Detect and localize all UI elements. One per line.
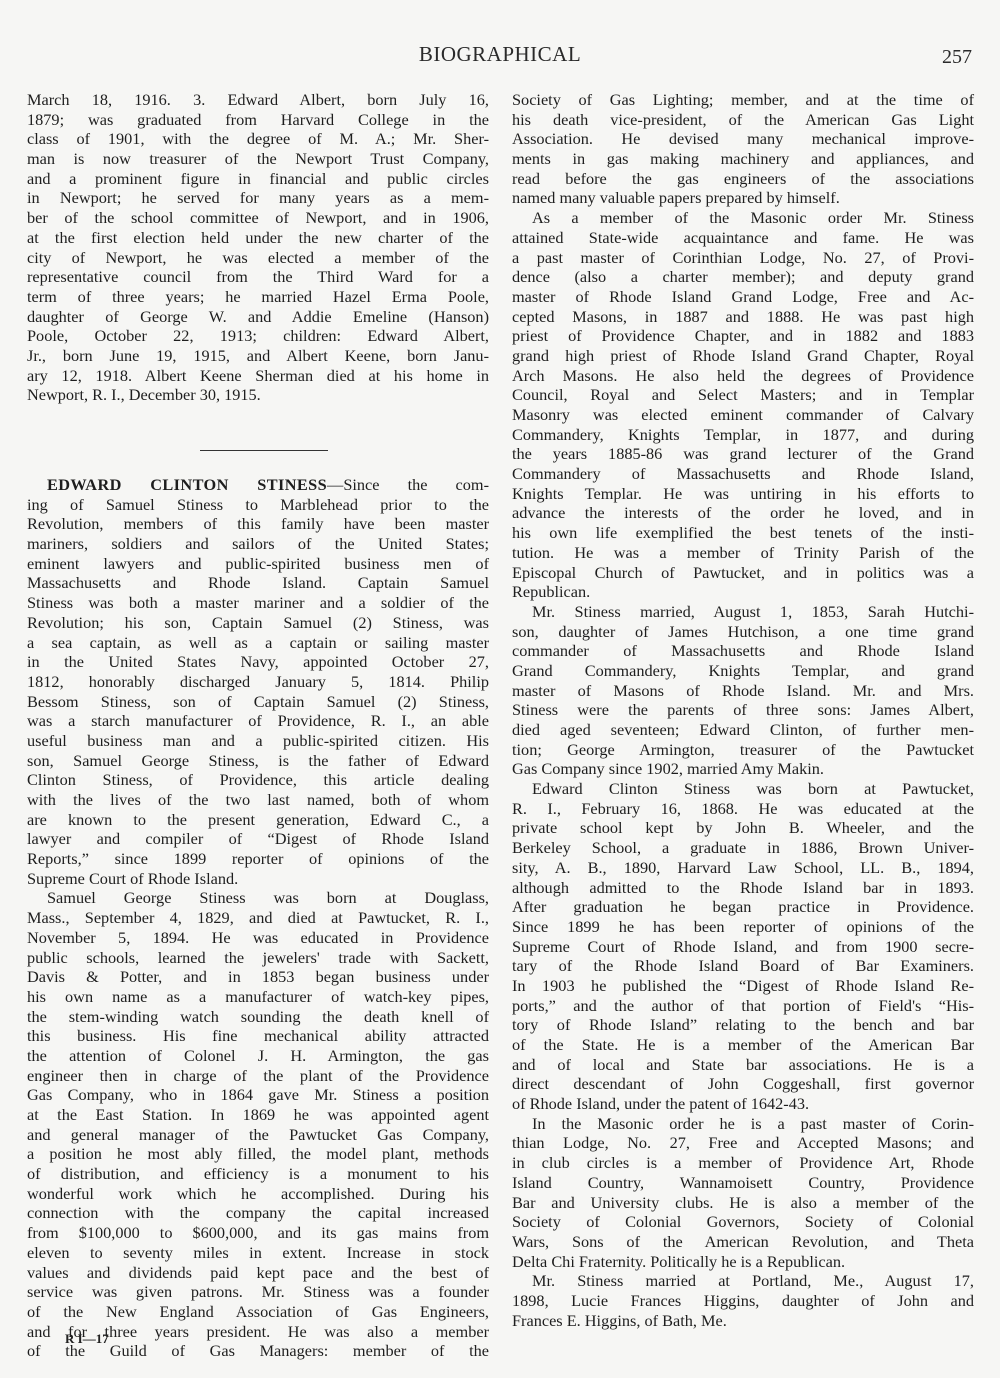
text-line: with the lives of the two last named, bo… (27, 790, 489, 810)
page-header: BIOGRAPHICAL 257 (0, 40, 1000, 70)
text-line: Since 1899 he has been reporter of opini… (512, 917, 974, 937)
text-line: Newport, R. I., December 30, 1915. (27, 385, 489, 405)
left-column: March 18, 1916. 3. Edward Albert, born J… (27, 90, 489, 1361)
text-line: from $100,000 to $600,000, and its gas m… (27, 1223, 489, 1243)
text-line: Poole, October 22, 1913; children: Edwar… (27, 326, 489, 346)
section-divider (200, 450, 328, 451)
text-line: son, daughter of James Hutchison, a one … (512, 622, 974, 642)
text-line: After graduation he began practice in Pr… (512, 897, 974, 917)
text-line: 1812, honorably discharged January 5, 18… (27, 672, 489, 692)
text-line: Bessom Stiness, son of Captain Samuel (2… (27, 692, 489, 712)
text-line: lawyer and compiler of “Digest of Rhode … (27, 829, 489, 849)
text-line: died aged seventeen; Edward Clinton, of … (512, 720, 974, 740)
text-line: representative council from the Third Wa… (27, 267, 489, 287)
text-line: master of Masons of Rhode Island. Mr. an… (512, 681, 974, 701)
text-line: of the State. He is a member of the Amer… (512, 1035, 974, 1055)
text-line: the stem-winding watch sounding the deat… (27, 1007, 489, 1027)
text-line: Revolution, members of this family have … (27, 514, 489, 534)
text-line: private school kept by John B. Wheeler, … (512, 818, 974, 838)
text-line: read before the gas engineers of the ass… (512, 169, 974, 189)
text-line: Gas Company since 1902, married Amy Maki… (512, 759, 974, 779)
text-line: grand high priest of Rhode Island Grand … (512, 346, 974, 366)
text-line: Republican. (512, 582, 974, 602)
text-line: service was given patrons. Mr. Stiness w… (27, 1282, 489, 1302)
text-line: Mr. Stiness married, August 1, 1853, Sar… (512, 602, 974, 622)
text-line: Delta Chi Fraternity. Politically he is … (512, 1252, 974, 1272)
text-line: attained State-wide acquaintance and fam… (512, 228, 974, 248)
text-line: Supreme Court of Rhode Island, and from … (512, 937, 974, 957)
text-line: son, Samuel George Stiness, is the fathe… (27, 751, 489, 771)
text-line: Samuel George Stiness was born at Dougla… (27, 888, 489, 908)
text-line: master of Rhode Island Grand Lodge, Free… (512, 287, 974, 307)
text-line: R. I., February 16, 1868. He was educate… (512, 799, 974, 819)
text-line: Revolution; his son, Captain Samuel (2) … (27, 613, 489, 633)
text-line: his own name as a manufacturer of watch-… (27, 987, 489, 1007)
paragraph-gas-societies: Society of Gas Lighting; member, and at … (512, 90, 974, 208)
text-line: engineer then in charge of the plant of … (27, 1066, 489, 1086)
text-line: commander of Massachusetts and Rhode Isl… (512, 641, 974, 661)
text-line: at the East Station. In 1869 he was appo… (27, 1105, 489, 1125)
text-line: Jr., born June 19, 1915, and Albert Keen… (27, 346, 489, 366)
text-line: Stiness was both a master mariner and a … (27, 593, 489, 613)
text-line: in the United States Navy, appointed Oct… (27, 652, 489, 672)
text-line: Berkeley School, a graduate in 1886, Bro… (512, 838, 974, 858)
text-line: priest of Providence Chapter, and in 188… (512, 326, 974, 346)
running-head: BIOGRAPHICAL (0, 42, 1000, 67)
text-line: ing of Samuel Stiness to Marblehead prio… (27, 495, 489, 515)
text-line: March 18, 1916. 3. Edward Albert, born J… (27, 90, 489, 110)
text-line: Gas Company, who in 1864 gave Mr. Stines… (27, 1085, 489, 1105)
paragraph-father-marriage: Mr. Stiness married, August 1, 1853, Sar… (512, 602, 974, 779)
text-line: and of local and State bar associations.… (512, 1055, 974, 1075)
text-line: although admitted to the Rhode Island ba… (512, 878, 974, 898)
text-line: tution. He was a member of Trinity Paris… (512, 543, 974, 563)
text-line: a sea captain, as well as a captain or s… (27, 633, 489, 653)
text-line: direct descendant of John Coggeshall, fi… (512, 1074, 974, 1094)
signature-mark: R I—17 (65, 1331, 109, 1347)
article-heading: EDWARD CLINTON STINESS (47, 475, 327, 494)
text-line: term of three years; he married Hazel Er… (27, 287, 489, 307)
paragraph-sherman-continuation: March 18, 1916. 3. Edward Albert, born J… (27, 90, 489, 405)
text-line: Arch Masons. He also held the degrees of… (512, 366, 974, 386)
text-line: sity, A. B., 1890, Harvard Law School, L… (512, 858, 974, 878)
page-number: 257 (942, 46, 972, 69)
text-line: Masonry was elected eminent commander of… (512, 405, 974, 425)
text-line: tion; George Armington, treasurer of the… (512, 740, 974, 760)
text-line: Frances E. Higgins, of Bath, Me. (512, 1311, 974, 1331)
text-line: Stiness were the parents of three sons: … (512, 700, 974, 720)
text-line: 1898, Lucie Frances Higgins, daughter of… (512, 1291, 974, 1311)
paragraph-edward-education: Edward Clinton Stiness was born at Pawtu… (512, 779, 974, 1114)
text-line: Episcopal Church of Pawtucket, and in po… (512, 563, 974, 583)
text-line: his own life exemplified the best tenets… (512, 523, 974, 543)
text-line: useful business man and a public-spirite… (27, 731, 489, 751)
text-line: and general manager of the Pawtucket Gas… (27, 1125, 489, 1145)
text-line: was a starch manufacturer of Providence,… (27, 711, 489, 731)
text-line: Council, Royal and Select Masters; and i… (512, 385, 974, 405)
paragraph-edward-marriage: Mr. Stiness married at Portland, Me., Au… (512, 1271, 974, 1330)
text-line: named many valuable papers prepared by h… (512, 188, 974, 208)
article-heading-line: EDWARD CLINTON STINESS—Since the com- (27, 475, 489, 495)
text-line: ber of the school committee of Newport, … (27, 208, 489, 228)
paragraph-masonic-father: As a member of the Masonic order Mr. Sti… (512, 208, 974, 602)
text-line: As a member of the Masonic order Mr. Sti… (512, 208, 974, 228)
text-line: In 1903 he published the “Digest of Rhod… (512, 976, 974, 996)
text-line: Clinton Stiness, of Providence, this art… (27, 770, 489, 790)
text-line: Massachusetts and Rhode Island. Captain … (27, 573, 489, 593)
paragraph-samuel-george: Samuel George Stiness was born at Dougla… (27, 888, 489, 1361)
text-line: of Rhode Island, under the patent of 164… (512, 1094, 974, 1114)
text-line: in club circles is a member of Providenc… (512, 1153, 974, 1173)
text-line: Society of Colonial Governors, Society o… (512, 1212, 974, 1232)
text-line: eleven to seventy miles in extent. Incre… (27, 1243, 489, 1263)
text-line: class of 1901, with the degree of M. A.;… (27, 129, 489, 149)
text-line: dence (also a charter member); and deput… (512, 267, 974, 287)
text-line: 1879; was graduated from Harvard College… (27, 110, 489, 130)
text-line: a position he most ably filled, the mode… (27, 1144, 489, 1164)
text-line: Commandery, Knights Templar, in 1877, an… (512, 425, 974, 445)
text-line: of the New England Association of Gas En… (27, 1302, 489, 1322)
text-line: wonderful work which he accomplished. Du… (27, 1184, 489, 1204)
paragraph-stiness-family: ing of Samuel Stiness to Marblehead prio… (27, 495, 489, 889)
text-line: cepted Masons, in 1887 and 1888. He was … (512, 307, 974, 327)
text-line: advance the interests of the order he lo… (512, 503, 974, 523)
text-line: November 5, 1894. He was educated in Pro… (27, 928, 489, 948)
text-line: his death vice-president, of the America… (512, 110, 974, 130)
text-line: Association. He devised many mechanical … (512, 129, 974, 149)
text-line: man is now treasurer of the Newport Trus… (27, 149, 489, 169)
text-line: mariners, soldiers and sailors of the Un… (27, 534, 489, 554)
text-line: and a prominent figure in financial and … (27, 169, 489, 189)
text-line: in Newport; he served for many years as … (27, 188, 489, 208)
text-line: Reports,” since 1899 reporter of opinion… (27, 849, 489, 869)
text-line: eminent lawyers and public-spirited busi… (27, 554, 489, 574)
text-line: ments in gas making machinery and applia… (512, 149, 974, 169)
text-line: tory of Rhode Island” relating to the be… (512, 1015, 974, 1035)
text-line: Island Country, Wannamoisett Country, Pr… (512, 1173, 974, 1193)
text-line: Supreme Court of Rhode Island. (27, 869, 489, 889)
text-line: are known to the present generation, Edw… (27, 810, 489, 830)
text-line: at the first election held under the new… (27, 228, 489, 248)
text-line: thian Lodge, No. 27, Free and Accepted M… (512, 1133, 974, 1153)
text-line: ary 12, 1918. Albert Keene Sherman died … (27, 366, 489, 386)
text-line: In the Masonic order he is a past master… (512, 1114, 974, 1134)
text-line: the years 1885-86 was grand lecturer of … (512, 444, 974, 464)
paragraph-edward-clubs: In the Masonic order he is a past master… (512, 1114, 974, 1272)
text-line: the attention of Colonel J. H. Armington… (27, 1046, 489, 1066)
text-line: daughter of George W. and Addie Emeline … (27, 307, 489, 327)
text-line: public schools, learned the jewelers' tr… (27, 948, 489, 968)
text-line: Knights Templar. He was untiring in his … (512, 484, 974, 504)
article-heading-rest: —Since the com- (327, 475, 489, 494)
text-line: Grand Commandery, Knights Templar, and g… (512, 661, 974, 681)
text-line: Davis & Potter, and in 1853 began busine… (27, 967, 489, 987)
text-line: city of Newport, he was elected a member… (27, 248, 489, 268)
right-column: Society of Gas Lighting; member, and at … (512, 90, 974, 1330)
text-line: ports,” and the author of that portion o… (512, 996, 974, 1016)
text-line: Commandery of Massachusetts and Rhode Is… (512, 464, 974, 484)
text-line: Bar and University clubs. He is also a m… (512, 1193, 974, 1213)
text-line: Mr. Stiness married at Portland, Me., Au… (512, 1271, 974, 1291)
text-line: connection with the company the capital … (27, 1203, 489, 1223)
text-line: Society of Gas Lighting; member, and at … (512, 90, 974, 110)
text-line: Mass., September 4, 1829, and died at Pa… (27, 908, 489, 928)
text-line: Wars, Sons of the American Revolution, a… (512, 1232, 974, 1252)
text-line: of distribution, and efficiency is a mon… (27, 1164, 489, 1184)
text-line: values and dividends paid kept pace and … (27, 1263, 489, 1283)
text-line: this business. His fine mechanical abili… (27, 1026, 489, 1046)
text-line: Edward Clinton Stiness was born at Pawtu… (512, 779, 974, 799)
text-line: a past master of Corinthian Lodge, No. 2… (512, 248, 974, 268)
text-line: tary of the Rhode Island Board of Bar Ex… (512, 956, 974, 976)
